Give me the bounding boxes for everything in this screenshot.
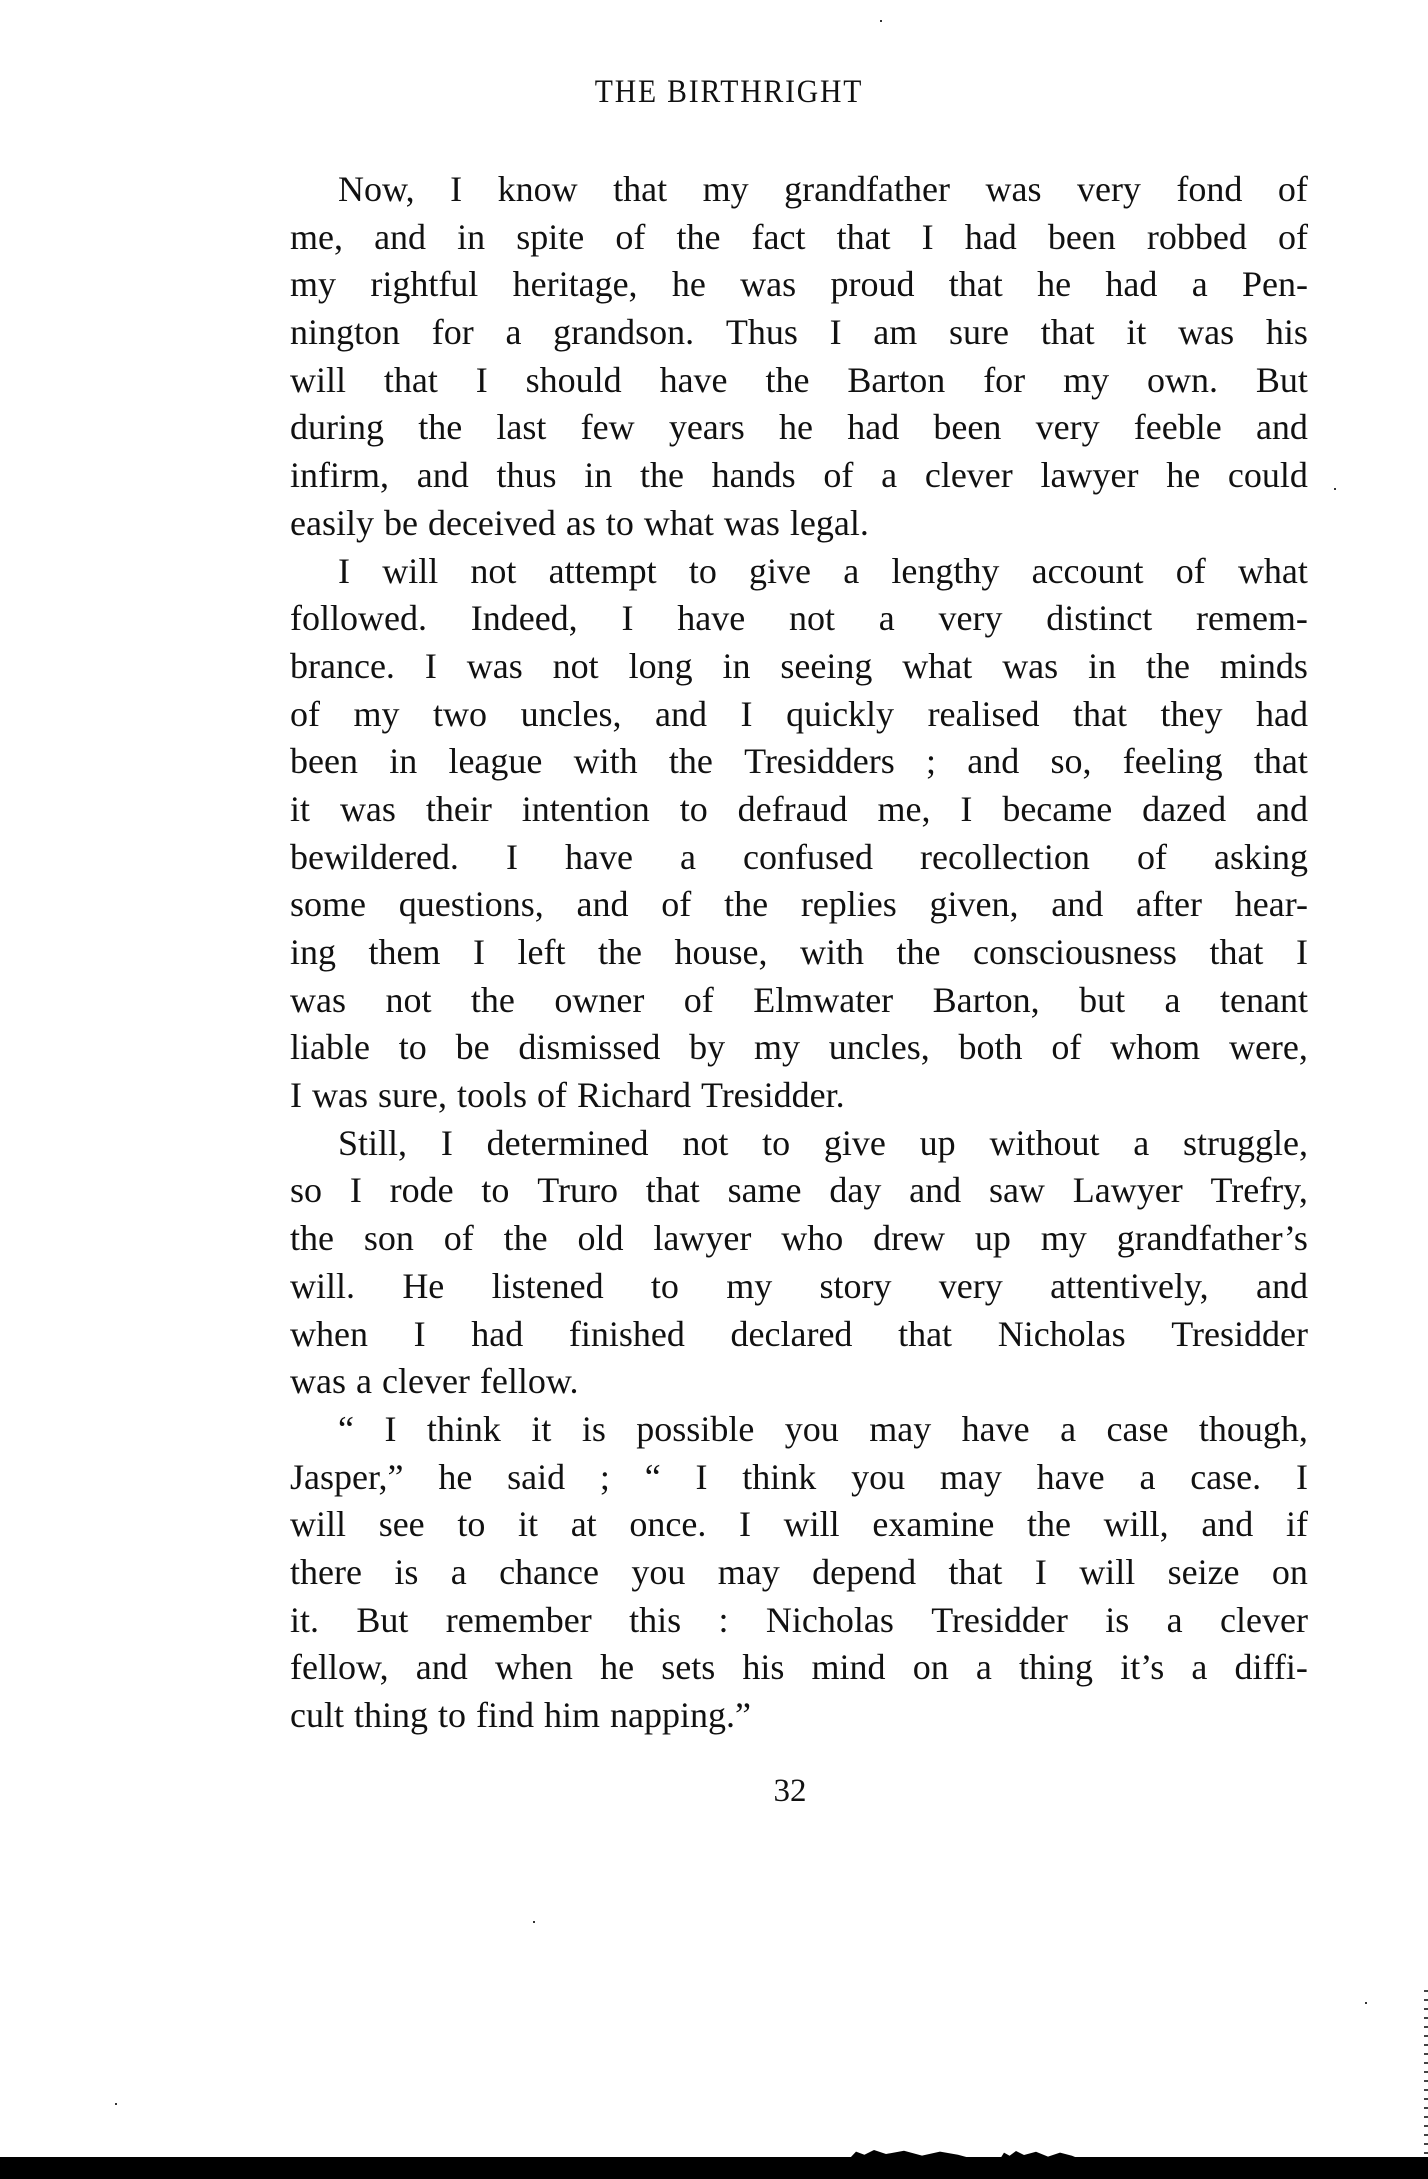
text-line: willthatIshouldhavetheBartonformyown.But bbox=[290, 357, 1308, 405]
scan-speck bbox=[880, 20, 882, 22]
text-line: ingthemIleftthehouse,withtheconsciousnes… bbox=[290, 929, 1308, 977]
text-line: beeninleaguewiththeTresidders;andso,feel… bbox=[290, 738, 1308, 786]
text-line: liabletobedismissedbymyuncles,bothofwhom… bbox=[290, 1024, 1308, 1072]
text-line: myrightfulheritage,hewasproudthathehadaP… bbox=[290, 261, 1308, 309]
text-line: “Ithinkitispossibleyoumayhaveacasethough… bbox=[290, 1406, 1308, 1454]
text-line: Iwillnotattempttogivealengthyaccountofwh… bbox=[290, 548, 1308, 596]
text-line: soIrodetoTrurothatsamedayandsawLawyerTre… bbox=[290, 1167, 1308, 1215]
page-edge-fray bbox=[1424, 1990, 1428, 2158]
text-line: willseetoitatonce.Iwillexaminethewill,an… bbox=[290, 1501, 1308, 1549]
scan-speck bbox=[115, 2103, 117, 2105]
text-line: me,andinspiteofthefactthatIhadbeenrobbed… bbox=[290, 214, 1308, 262]
scan-speck bbox=[533, 1921, 535, 1923]
text-line: it.Butrememberthis:NicholasTresidderisac… bbox=[290, 1597, 1308, 1645]
text-line: whenIhadfinisheddeclaredthatNicholasTres… bbox=[290, 1311, 1308, 1359]
text-line: Now,Iknowthatmygrandfatherwasveryfondof bbox=[290, 166, 1308, 214]
text-line: wasacleverfellow. bbox=[290, 1358, 1308, 1406]
text-line: thereisachanceyoumaydependthatIwillseize… bbox=[290, 1549, 1308, 1597]
text-line: wasnottheownerofElmwaterBarton,butatenan… bbox=[290, 977, 1308, 1025]
text-line: duringthelastfewyearshehadbeenveryfeeble… bbox=[290, 404, 1308, 452]
text-line: infirm,andthusinthehandsofacleverlawyerh… bbox=[290, 452, 1308, 500]
page-bottom-edge bbox=[0, 2157, 1428, 2179]
text-line: somequestions,andoftherepliesgiven,andaf… bbox=[290, 881, 1308, 929]
text-line: Jasper,”hesaid;“Ithinkyoumayhaveacase.I bbox=[290, 1454, 1308, 1502]
scan-speck bbox=[1365, 2002, 1367, 2004]
text-line: thesonoftheoldlawyerwhodrewupmygrandfath… bbox=[290, 1215, 1308, 1263]
text-line: will.Helistenedtomystoryveryattentively,… bbox=[290, 1263, 1308, 1311]
text-line: itwastheirintentiontodefraudme,Ibecameda… bbox=[290, 786, 1308, 834]
text-line: Iwassure,toolsofRichardTresidder. bbox=[290, 1072, 1308, 1120]
book-page: THE BIRTHRIGHT Now,Iknowthatmygrandfathe… bbox=[0, 0, 1428, 2179]
text-line: easilybedeceivedastowhatwaslegal. bbox=[290, 500, 1308, 548]
paragraph: “Ithinkitispossibleyoumayhaveacasethough… bbox=[290, 1406, 1308, 1740]
text-line: cultthingtofindhimnapping.” bbox=[290, 1692, 1308, 1740]
text-line: brance.Iwasnotlonginseeingwhatwasinthemi… bbox=[290, 643, 1308, 691]
text-line: Still,Ideterminednottogiveupwithoutastru… bbox=[290, 1120, 1308, 1168]
body-text: Now,Iknowthatmygrandfatherwasveryfondof … bbox=[290, 166, 1308, 1740]
text-line: ofmytwouncles,andIquicklyrealisedthatthe… bbox=[290, 691, 1308, 739]
text-line: ningtonforagrandson.ThusIamsurethatitwas… bbox=[290, 309, 1308, 357]
text-line: bewildered.Ihaveaconfusedrecollectionofa… bbox=[290, 834, 1308, 882]
page-number: 32 bbox=[0, 1773, 1428, 1810]
scan-speck bbox=[1334, 488, 1336, 490]
paragraph: Still,Ideterminednottogiveupwithoutastru… bbox=[290, 1120, 1308, 1406]
running-head: THE BIRTHRIGHT bbox=[0, 74, 1428, 111]
text-line: fellow,andwhenhesetshismindonathingit’sa… bbox=[290, 1644, 1308, 1692]
paragraph: Now,Iknowthatmygrandfatherwasveryfondof … bbox=[290, 166, 1308, 548]
paragraph: Iwillnotattempttogivealengthyaccountofwh… bbox=[290, 548, 1308, 1120]
text-line: followed.Indeed,Ihavenotaverydistinctrem… bbox=[290, 595, 1308, 643]
